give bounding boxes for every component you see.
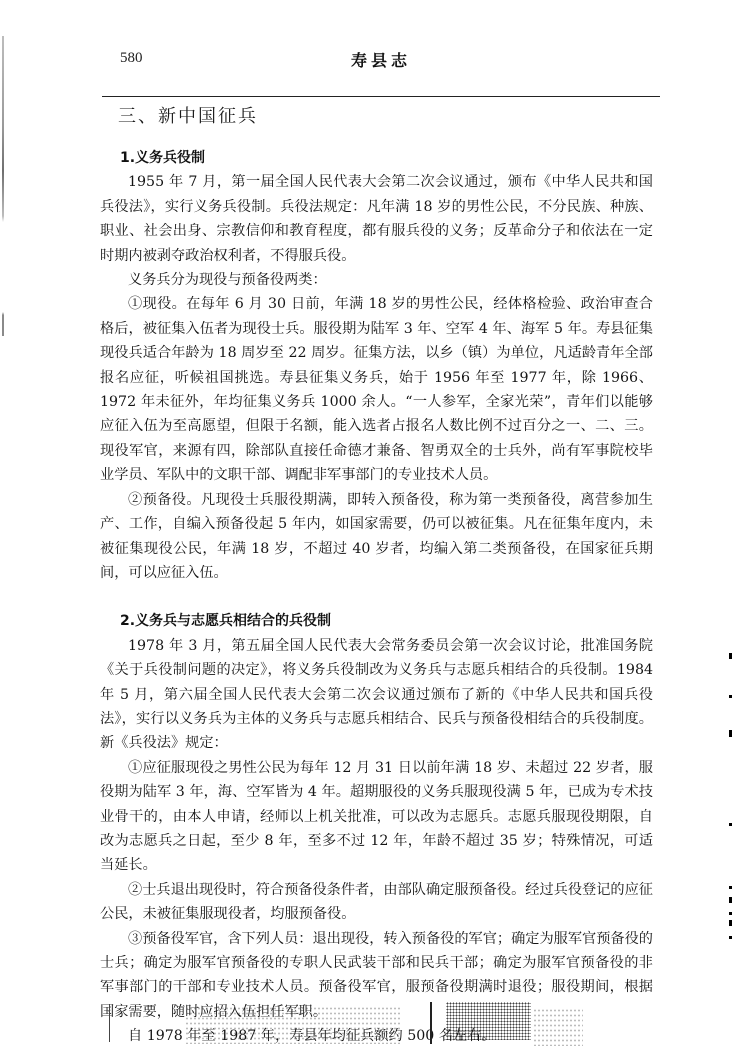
page-body: 三、新中国征兵 1.义务兵役制 1955 年 7 月，第一届全国人民代表大会第二… <box>100 96 653 1046</box>
paragraph: 1978 年 3 月，第五届全国人民代表大会常务委员会第一次会议讨论，批准国务院… <box>100 634 653 756</box>
scan-edge-shadow <box>2 36 4 336</box>
subsection-compulsory-service: 1.义务兵役制 1955 年 7 月，第一届全国人民代表大会第二次会议通过，颁布… <box>100 146 653 585</box>
scan-speck <box>729 653 732 659</box>
scan-speck <box>729 936 732 939</box>
scan-speck <box>729 823 732 826</box>
scan-speck <box>729 886 732 889</box>
paragraph: ①现役。在每年 6 月 30 日前，年满 18 岁的男性公民，经体格检验、政治审… <box>100 292 653 487</box>
scan-speckle <box>533 1008 583 1046</box>
book-title: 寿县志 <box>102 48 660 71</box>
scan-speck <box>729 695 732 698</box>
scan-speck <box>729 920 732 926</box>
scan-speckle <box>446 1002 531 1040</box>
paragraph: ①应征服现役之男性公民为每年 12 月 31 日以前年满 18 岁、未超过 22… <box>100 756 653 878</box>
scan-bar <box>430 1002 432 1044</box>
section-title: 三、新中国征兵 <box>100 96 653 146</box>
paragraph: 1955 年 7 月，第一届全国人民代表大会第二次会议通过，颁布《中华人民共和国… <box>100 170 653 268</box>
subsection-heading: 1.义务兵役制 <box>100 146 653 170</box>
paragraph: ②预备役。凡现役士兵服役期满，即转入预备役，称为第一类预备役，离营参加生产、工作… <box>100 488 653 586</box>
subsection-combined-service: 2.义务兵与志愿兵相结合的兵役制 1978 年 3 月，第五届全国人民代表大会常… <box>100 609 653 1046</box>
subsection-heading: 2.义务兵与志愿兵相结合的兵役制 <box>100 609 653 633</box>
scan-bottom-artifacts <box>0 990 747 1046</box>
scan-speck <box>729 730 732 737</box>
scan-speck <box>729 897 732 903</box>
scan-bar <box>109 1004 110 1042</box>
scan-speck <box>729 912 732 915</box>
scan-speckle <box>185 1006 400 1044</box>
paragraph: 义务兵分为现役与预备役两类： <box>100 268 653 292</box>
paragraph: ②士兵退出现役时，符合预备役条件者，由部队确定服预备役。经过兵役登记的应征公民，… <box>100 878 653 927</box>
running-header: 580 寿县志 <box>102 44 660 97</box>
